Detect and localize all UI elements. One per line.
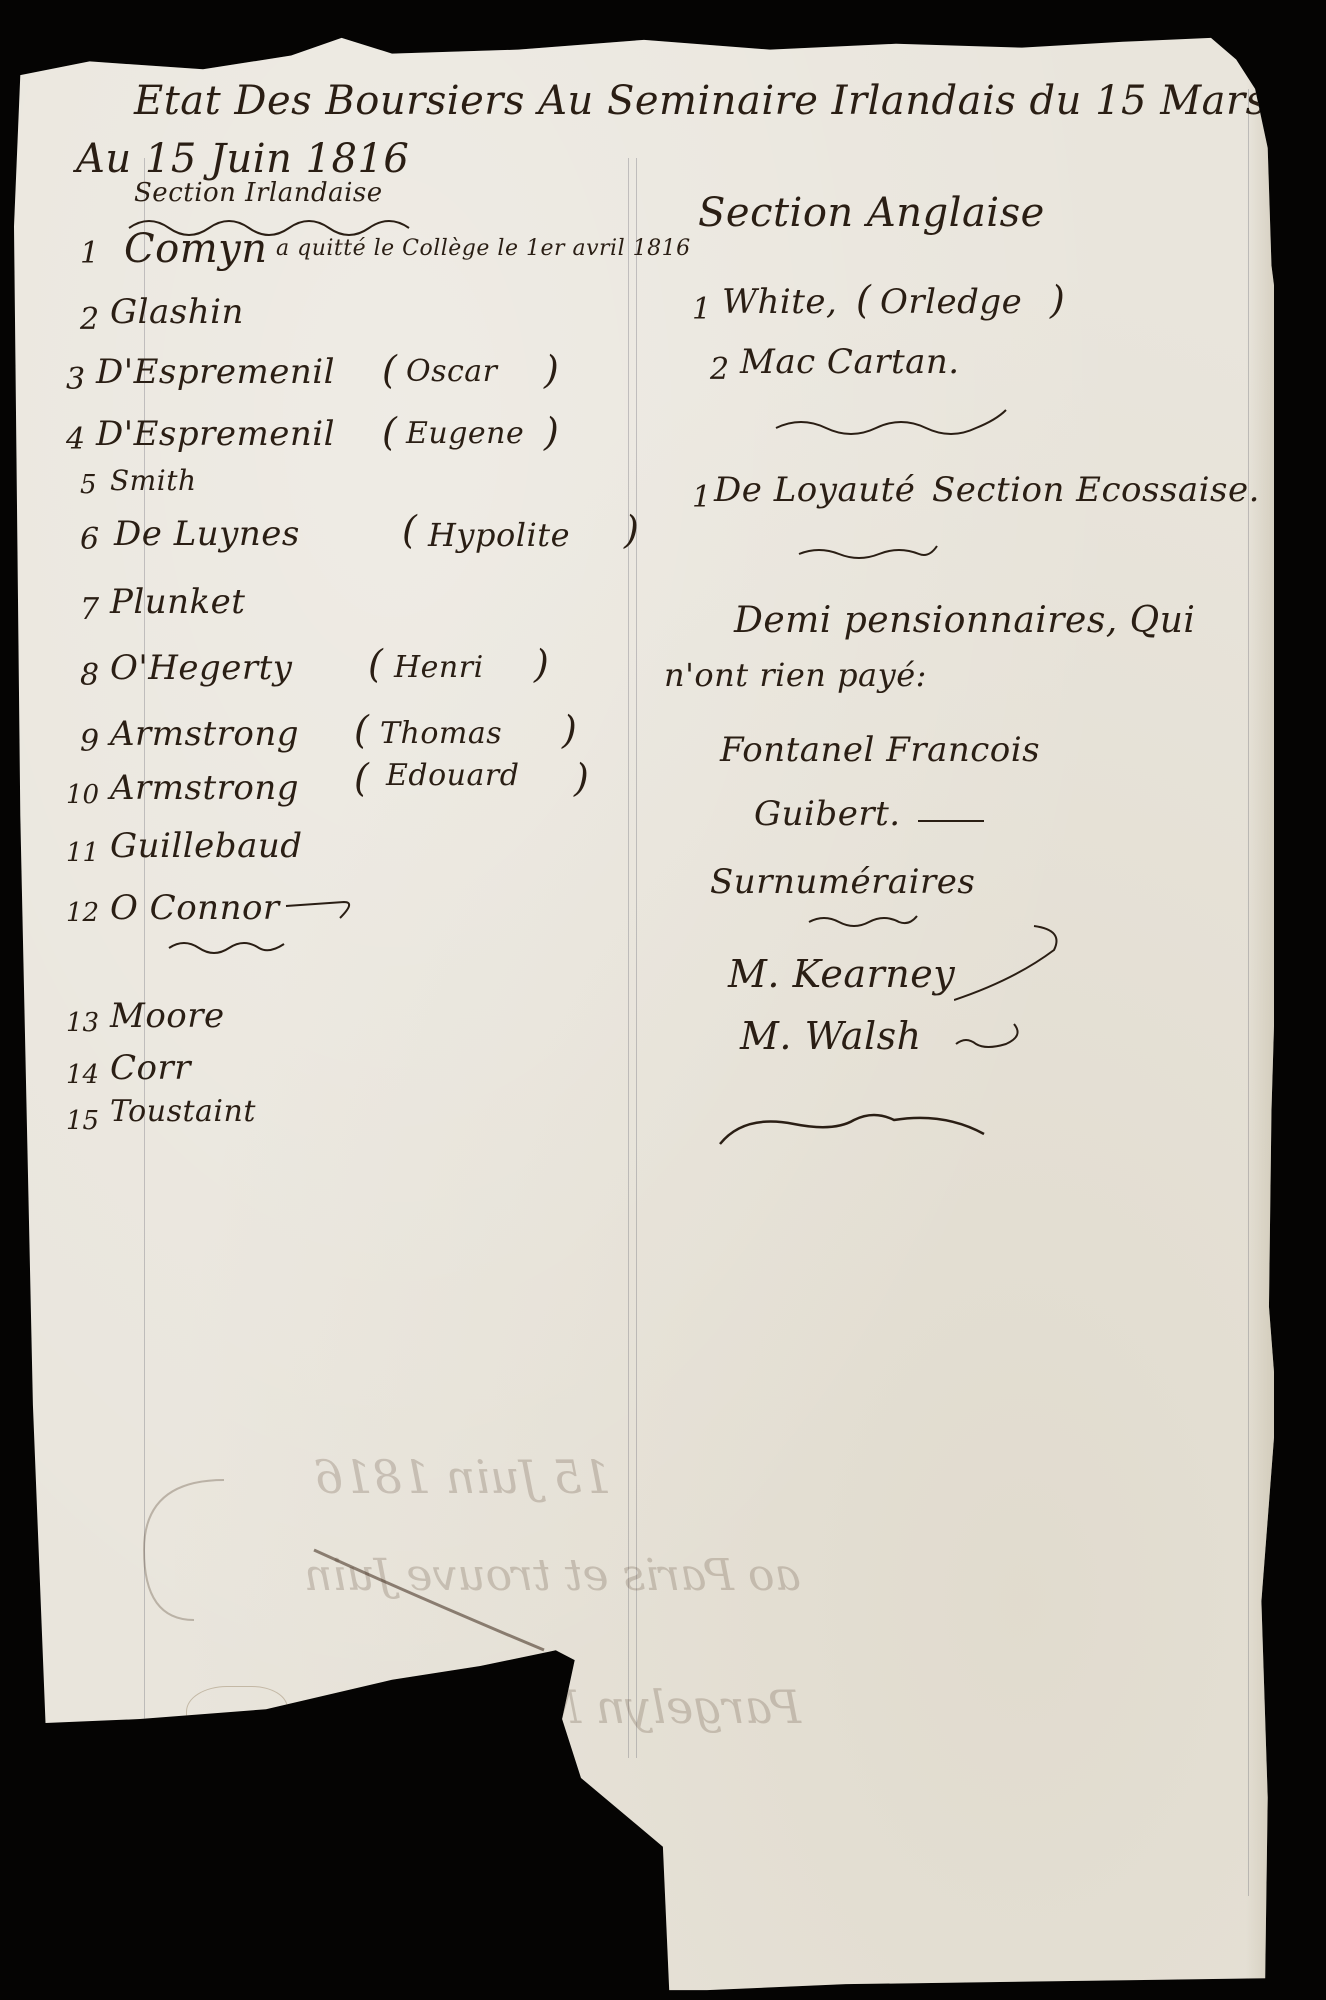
student-surname: De Luynes (114, 514, 300, 554)
swash-walsh-icon (954, 1020, 1044, 1060)
half-boarders-heading-line2: n'ont rien payé: (664, 656, 927, 694)
student-surname: Plunket (110, 582, 245, 622)
supernumeraries-heading: Surnuméraires (710, 862, 975, 902)
student-note: a quitté le Collège le 1er avril 1816 (276, 236, 691, 261)
arrow-flourish-icon (284, 894, 364, 924)
student-given-name: Hypolite (428, 516, 570, 554)
student-surname: Corr (110, 1048, 191, 1088)
student-surname: Toustaint (110, 1094, 256, 1129)
student-surname: O'Hegerty (110, 648, 293, 688)
manuscript-page: Etat Des Boursiers Au Seminaire Irlandai… (14, 30, 1274, 1994)
student-surname: Glashin (110, 292, 244, 332)
student-surname: Comyn (124, 226, 267, 272)
list-item: M. Kearney (728, 952, 955, 996)
center-rule-right (636, 158, 637, 1759)
student-surname: O Connor (110, 888, 280, 928)
document-title-line2: Au 15 Juin 1816 (76, 136, 409, 182)
list-item: Guibert. (754, 794, 901, 834)
flourish-supernumeraries-icon (804, 910, 924, 934)
flourish-english-icon (770, 404, 1030, 444)
student-surname: White, (722, 282, 837, 322)
student-surname: Armstrong (110, 714, 299, 754)
student-surname: De Loyauté (714, 470, 915, 510)
student-given-name: Orledge (880, 282, 1022, 322)
student-surname: Smith (110, 464, 196, 497)
student-surname: Armstrong (110, 768, 299, 808)
list-item: Fontanel Francois (720, 730, 1040, 770)
student-surname: Moore (110, 996, 225, 1036)
bleed-stroke-icon (304, 1540, 564, 1660)
water-stain (186, 1686, 288, 1750)
swash-kearney-icon (954, 920, 1074, 1020)
section-scottish-heading: Section Ecossaise. (932, 470, 1260, 510)
half-boarders-heading-line1: Demi pensionnaires, Qui (734, 600, 1195, 641)
student-given-name: Oscar (406, 354, 498, 389)
student-given-name: Thomas (380, 716, 502, 751)
bleed-curve-icon (134, 1470, 254, 1630)
center-rule-left (628, 158, 629, 1759)
student-given-name: Henri (394, 650, 484, 685)
right-margin-rule (1248, 89, 1249, 1896)
student-surname: D'Espremenil (96, 414, 335, 454)
student-surname: D'Espremenil (96, 352, 335, 392)
student-surname: Mac Cartan. (740, 342, 960, 382)
student-given-name: Eugene (406, 416, 524, 451)
flourish-icon (164, 936, 294, 960)
closing-flourish-icon (714, 1104, 994, 1154)
section-english-heading: Section Anglaise (698, 190, 1045, 236)
torn-right-edge (1246, 30, 1274, 1994)
student-given-name: Edouard (386, 758, 519, 793)
list-item: M. Walsh (740, 1014, 922, 1058)
student-surname: Guillebaud (110, 826, 303, 866)
dash-icon (914, 816, 994, 826)
flourish-scottish-icon (794, 540, 944, 564)
document-title-line1: Etat Des Boursiers Au Seminaire Irlandai… (134, 78, 1267, 124)
section-irish-heading: Section Irlandaise (134, 178, 383, 208)
